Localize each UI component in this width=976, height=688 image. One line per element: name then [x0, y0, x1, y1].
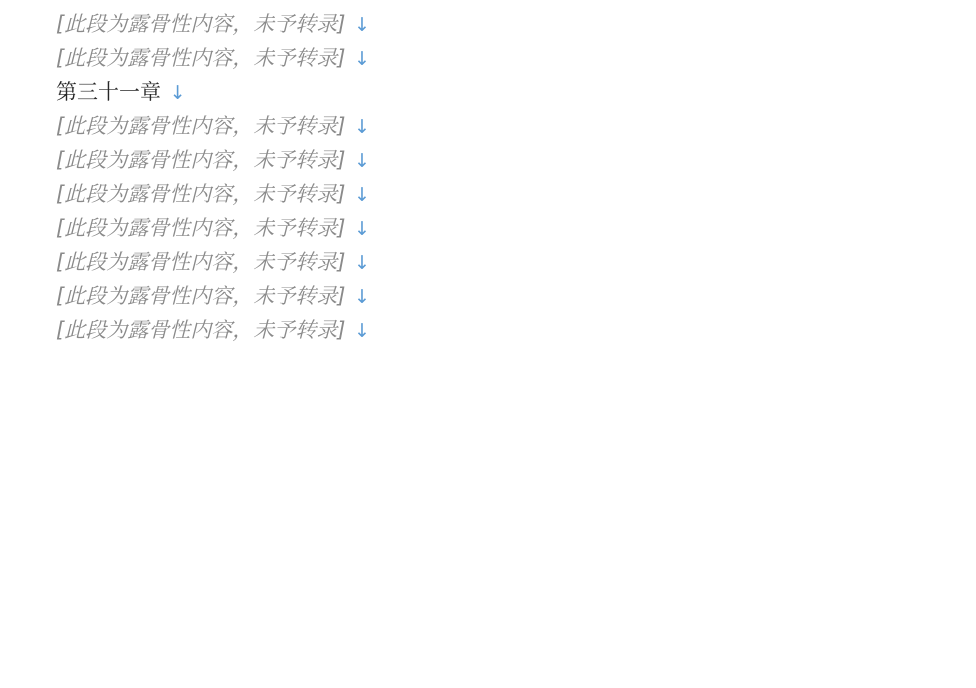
document-paragraph: [此段为露骨性内容，未予转录] ↓ [14, 178, 962, 212]
line-break-mark-icon: ↓ [352, 14, 370, 36]
line-break-mark-icon: ↓ [168, 82, 186, 104]
document-paragraph: [此段为露骨性内容，未予转录] ↓ [14, 144, 962, 178]
paragraph-text: 第三十一章 [56, 80, 161, 104]
document-paragraph: [此段为露骨性内容，未予转录] ↓ [14, 212, 962, 246]
paragraph-text: [此段为露骨性内容，未予转录] [56, 182, 345, 206]
paragraph-text: [此段为露骨性内容，未予转录] [56, 148, 345, 172]
paragraph-container: [此段为露骨性内容，未予转录] ↓ [此段为露骨性内容，未予转录] ↓ 第三十一… [14, 8, 962, 348]
paragraph-text: [此段为露骨性内容，未予转录] [56, 12, 345, 36]
document-paragraph: [此段为露骨性内容，未予转录] ↓ [14, 280, 962, 314]
line-break-mark-icon: ↓ [352, 320, 370, 342]
text-document-page: [此段为露骨性内容，未予转录] ↓ [此段为露骨性内容，未予转录] ↓ 第三十一… [0, 0, 976, 688]
document-paragraph: [此段为露骨性内容，未予转录] ↓ [14, 246, 962, 280]
paragraph-text: [此段为露骨性内容，未予转录] [56, 216, 345, 240]
paragraph-text: [此段为露骨性内容，未予转录] [56, 46, 345, 70]
paragraph-text: [此段为露骨性内容，未予转录] [56, 250, 345, 274]
document-paragraph: [此段为露骨性内容，未予转录] ↓ [14, 42, 962, 76]
document-paragraph: [此段为露骨性内容，未予转录] ↓ [14, 314, 962, 348]
document-paragraph: [此段为露骨性内容，未予转录] ↓ [14, 8, 962, 42]
paragraph-text: [此段为露骨性内容，未予转录] [56, 114, 345, 138]
line-break-mark-icon: ↓ [352, 286, 370, 308]
line-break-mark-icon: ↓ [352, 252, 370, 274]
line-break-mark-icon: ↓ [352, 184, 370, 206]
paragraph-text: [此段为露骨性内容，未予转录] [56, 284, 345, 308]
line-break-mark-icon: ↓ [352, 150, 370, 172]
line-break-mark-icon: ↓ [352, 116, 370, 138]
line-break-mark-icon: ↓ [352, 218, 370, 240]
document-paragraph: [此段为露骨性内容，未予转录] ↓ [14, 110, 962, 144]
line-break-mark-icon: ↓ [352, 48, 370, 70]
document-paragraph: 第三十一章 ↓ [14, 76, 962, 110]
paragraph-text: [此段为露骨性内容，未予转录] [56, 318, 345, 342]
